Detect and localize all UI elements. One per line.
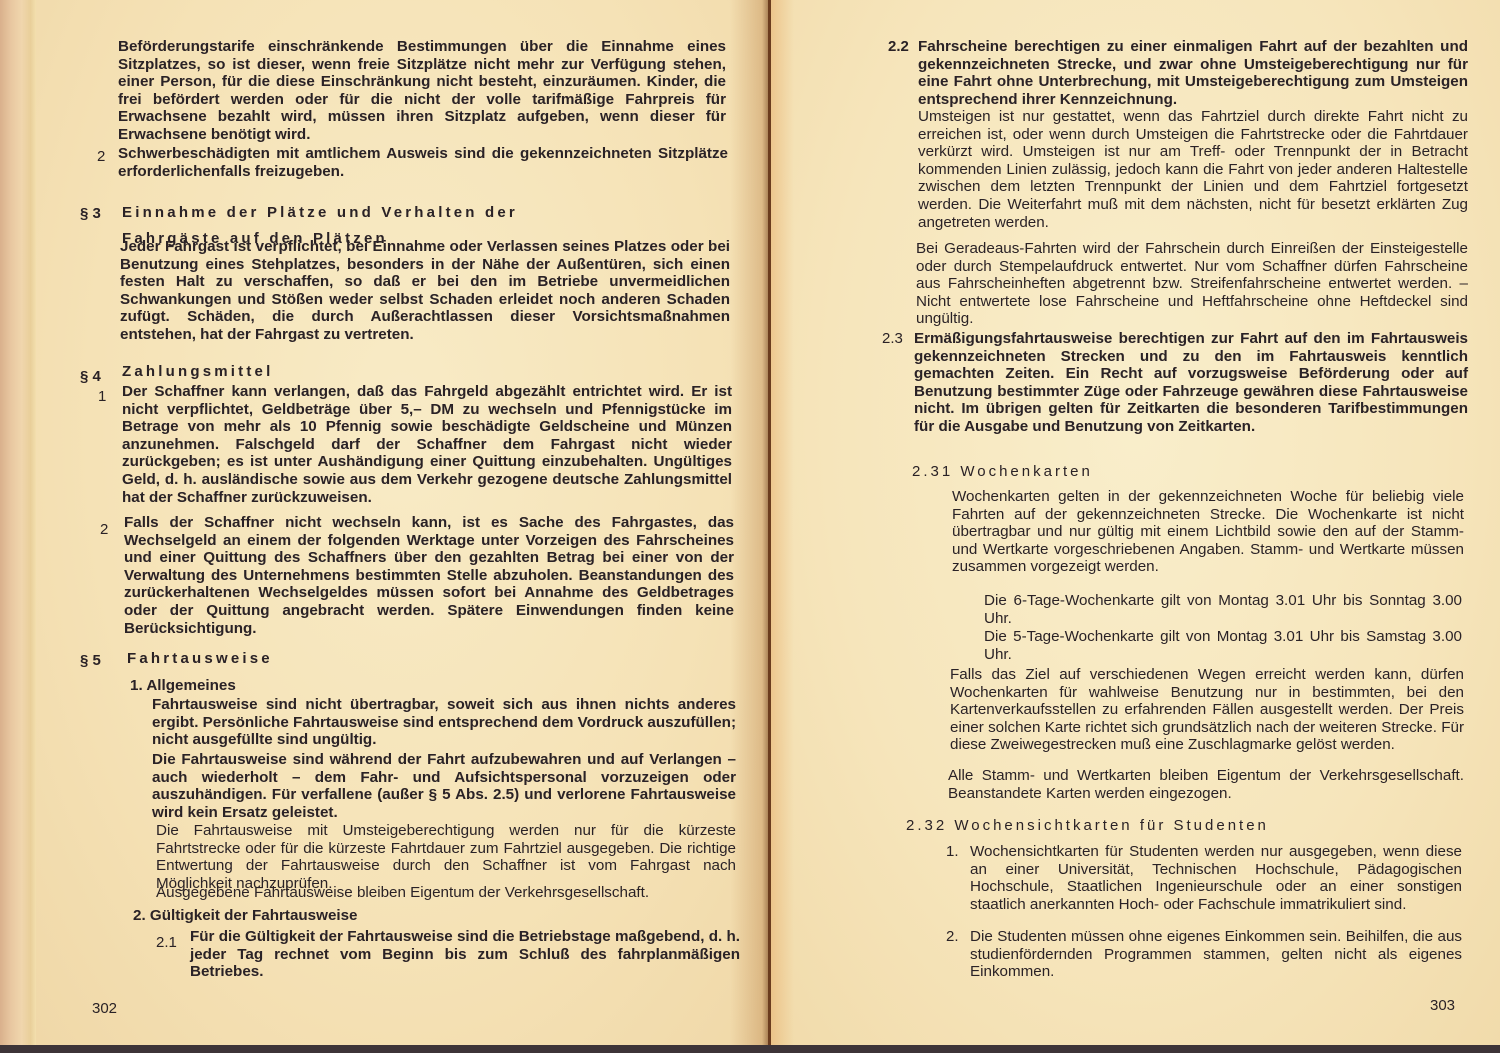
paragraph-2-3: Ermäßigungsfahrtausweise berechtigen zur…: [914, 330, 1468, 436]
section-heading-5: Fahrtausweise: [127, 650, 273, 668]
paragraph: Für die Gültigkeit der Fahrtausweise sin…: [190, 928, 740, 981]
book-spine: [768, 0, 771, 1045]
section-number: § 4: [80, 368, 101, 385]
section-4-item-1: Der Schaffner kann verlangen, daß das Fa…: [122, 383, 732, 506]
subsection-heading: 2.32 Wochensichtkarten für Studenten: [906, 817, 1269, 835]
paragraph: Ausgegebene Fahrtausweise bleiben Eigent…: [156, 884, 746, 902]
subsection-heading: 2.31 Wochenkarten: [912, 463, 1093, 481]
section-4-item-2: Falls der Schaffner nicht wechseln kann,…: [124, 514, 734, 637]
heading-line: Einnahme der Plätze und Verhalten der: [122, 200, 722, 226]
item-number: 1: [98, 388, 106, 405]
paragraph-item-2: Schwerbeschädigten mit amtlichem Ausweis…: [118, 145, 728, 180]
page-stack-edge: [0, 0, 36, 1045]
paragraph: Die Fahrtausweise sind während der Fahrt…: [152, 751, 736, 821]
item-number: 2.2: [888, 38, 909, 55]
paragraph: Umsteigen ist nur gestattet, wenn das Fa…: [918, 108, 1468, 231]
list-item: Die Studenten müssen ohne eigenes Einkom…: [970, 928, 1462, 981]
section-number: § 5: [80, 652, 101, 669]
paragraph: Bei Geradeaus-Fahrten wird der Fahrschei…: [916, 240, 1468, 328]
open-book: Beförderungstarife einschränkende Bestim…: [0, 0, 1500, 1045]
paragraph: Fahrtausweise sind nicht übertragbar, so…: [152, 696, 736, 749]
section-3-body: Jeder Fahrgast ist verpflichtet, bei Ein…: [120, 238, 730, 344]
list-item: Wochensichtkarten für Studenten werden n…: [970, 843, 1462, 913]
item-number: 2: [100, 521, 108, 538]
section-heading-4: Zahlungsmittel: [122, 363, 273, 381]
subsection-heading: 2. Gültigkeit der Fahrtausweise: [133, 907, 358, 925]
item-number: 2.: [946, 928, 959, 945]
paragraph: Wochenkarten gelten in der gekennzeichne…: [952, 488, 1464, 576]
item-number: 2.3: [882, 330, 903, 347]
paragraph: Die 5-Tage-Wochenkarte gilt von Montag 3…: [984, 628, 1462, 663]
page-number: 303: [1430, 997, 1455, 1014]
item-number: 2.1: [156, 934, 177, 951]
gutter-shadow: [770, 0, 794, 1045]
paragraph-intro: Beförderungstarife einschränkende Bestim…: [118, 38, 726, 144]
paragraph: Falls das Ziel auf verschiedenen Wegen e…: [950, 666, 1464, 754]
paragraph: Die 6-Tage-Wochenkarte gilt von Montag 3…: [984, 592, 1462, 627]
paragraph: Die Fahrtausweise mit Umsteigeberechtigu…: [156, 822, 736, 892]
item-number: 1.: [946, 843, 959, 860]
paragraph-2-2: Fahrscheine berechtigen zu einer einmali…: [918, 38, 1468, 108]
item-number: 2: [97, 148, 105, 165]
paragraph: Alle Stamm- und Wertkarten bleiben Eigen…: [948, 767, 1464, 802]
page-number: 302: [92, 1000, 117, 1017]
section-number: § 3: [80, 205, 101, 222]
subsection-heading: 1. Allgemeines: [130, 677, 236, 695]
